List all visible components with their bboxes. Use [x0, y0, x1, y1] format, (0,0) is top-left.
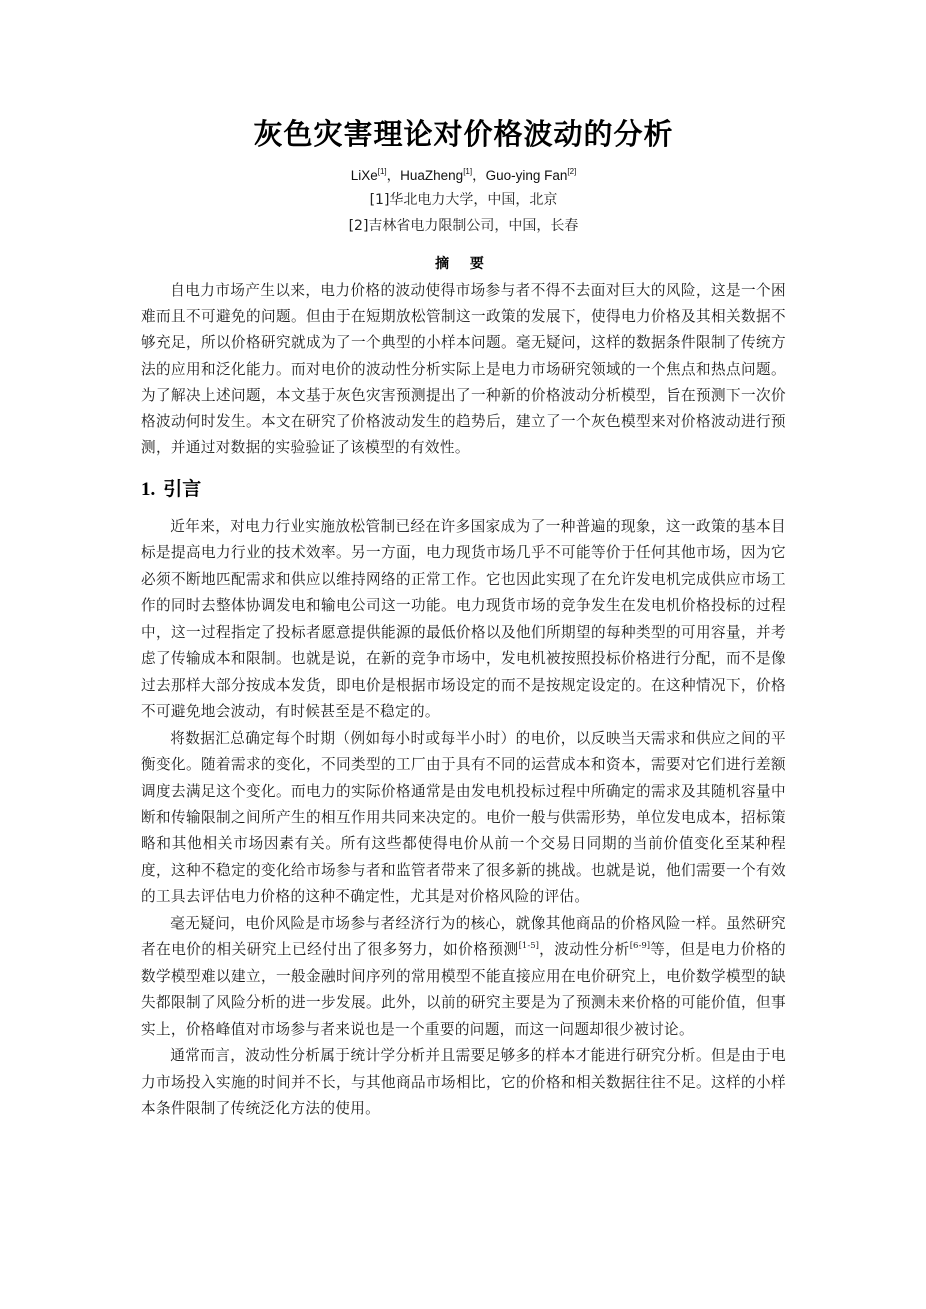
- affiliation-ref: [1]: [378, 167, 387, 176]
- abstract-text: 自电力市场产生以来，电力价格的波动使得市场参与者不得不去面对巨大的风险，这是一个…: [141, 278, 786, 461]
- author-list: LiXe[1]，HuaZheng[1]，Guo-ying Fan[2]: [141, 164, 786, 184]
- paragraph-text: ，波动性分析: [539, 941, 630, 958]
- paragraph-with-citations: 毫无疑问，电价风险是市场参与者经济行为的核心，就像其他商品的价格风险一样。虽然研…: [141, 911, 786, 1043]
- abstract-heading: 摘 要: [141, 253, 786, 273]
- author-name: LiXe: [351, 168, 378, 183]
- paper-title: 灰色灾害理论对价格波动的分析: [141, 112, 786, 153]
- paragraph: 近年来，对电力行业实施放松管制已经在许多国家成为了一种普遍的现象，这一政策的基本…: [141, 514, 786, 726]
- author-separator: ，: [387, 168, 401, 183]
- author-separator: ，: [472, 168, 486, 183]
- paragraph: 通常而言，波动性分析属于统计学分析并且需要足够多的样本才能进行研究分析。但是由于…: [141, 1043, 786, 1122]
- citation-ref[interactable]: [6-9]: [630, 941, 650, 951]
- introduction-body: 近年来，对电力行业实施放松管制已经在许多国家成为了一种普遍的现象，这一政策的基本…: [141, 514, 786, 1122]
- citation-ref[interactable]: [1-5]: [519, 941, 539, 951]
- affiliation-1: [1]华北电力大学，中国，北京: [141, 189, 786, 209]
- author-name: HuaZheng: [400, 168, 463, 183]
- affiliation-ref: [1]: [463, 167, 472, 176]
- abstract: 自电力市场产生以来，电力价格的波动使得市场参与者不得不去面对巨大的风险，这是一个…: [141, 278, 786, 461]
- section-title: 引言: [163, 478, 201, 500]
- author-name: Guo-ying Fan: [486, 168, 568, 183]
- affiliation-2: [2]吉林省电力限制公司，中国，长春: [141, 215, 786, 235]
- affiliation-ref: [2]: [567, 167, 576, 176]
- section-heading-introduction: 1.引言: [141, 474, 201, 501]
- paragraph: 将数据汇总确定每个时期（例如每小时或每半小时）的电价，以反映当天需求和供应之间的…: [141, 726, 786, 911]
- section-number: 1.: [141, 479, 155, 500]
